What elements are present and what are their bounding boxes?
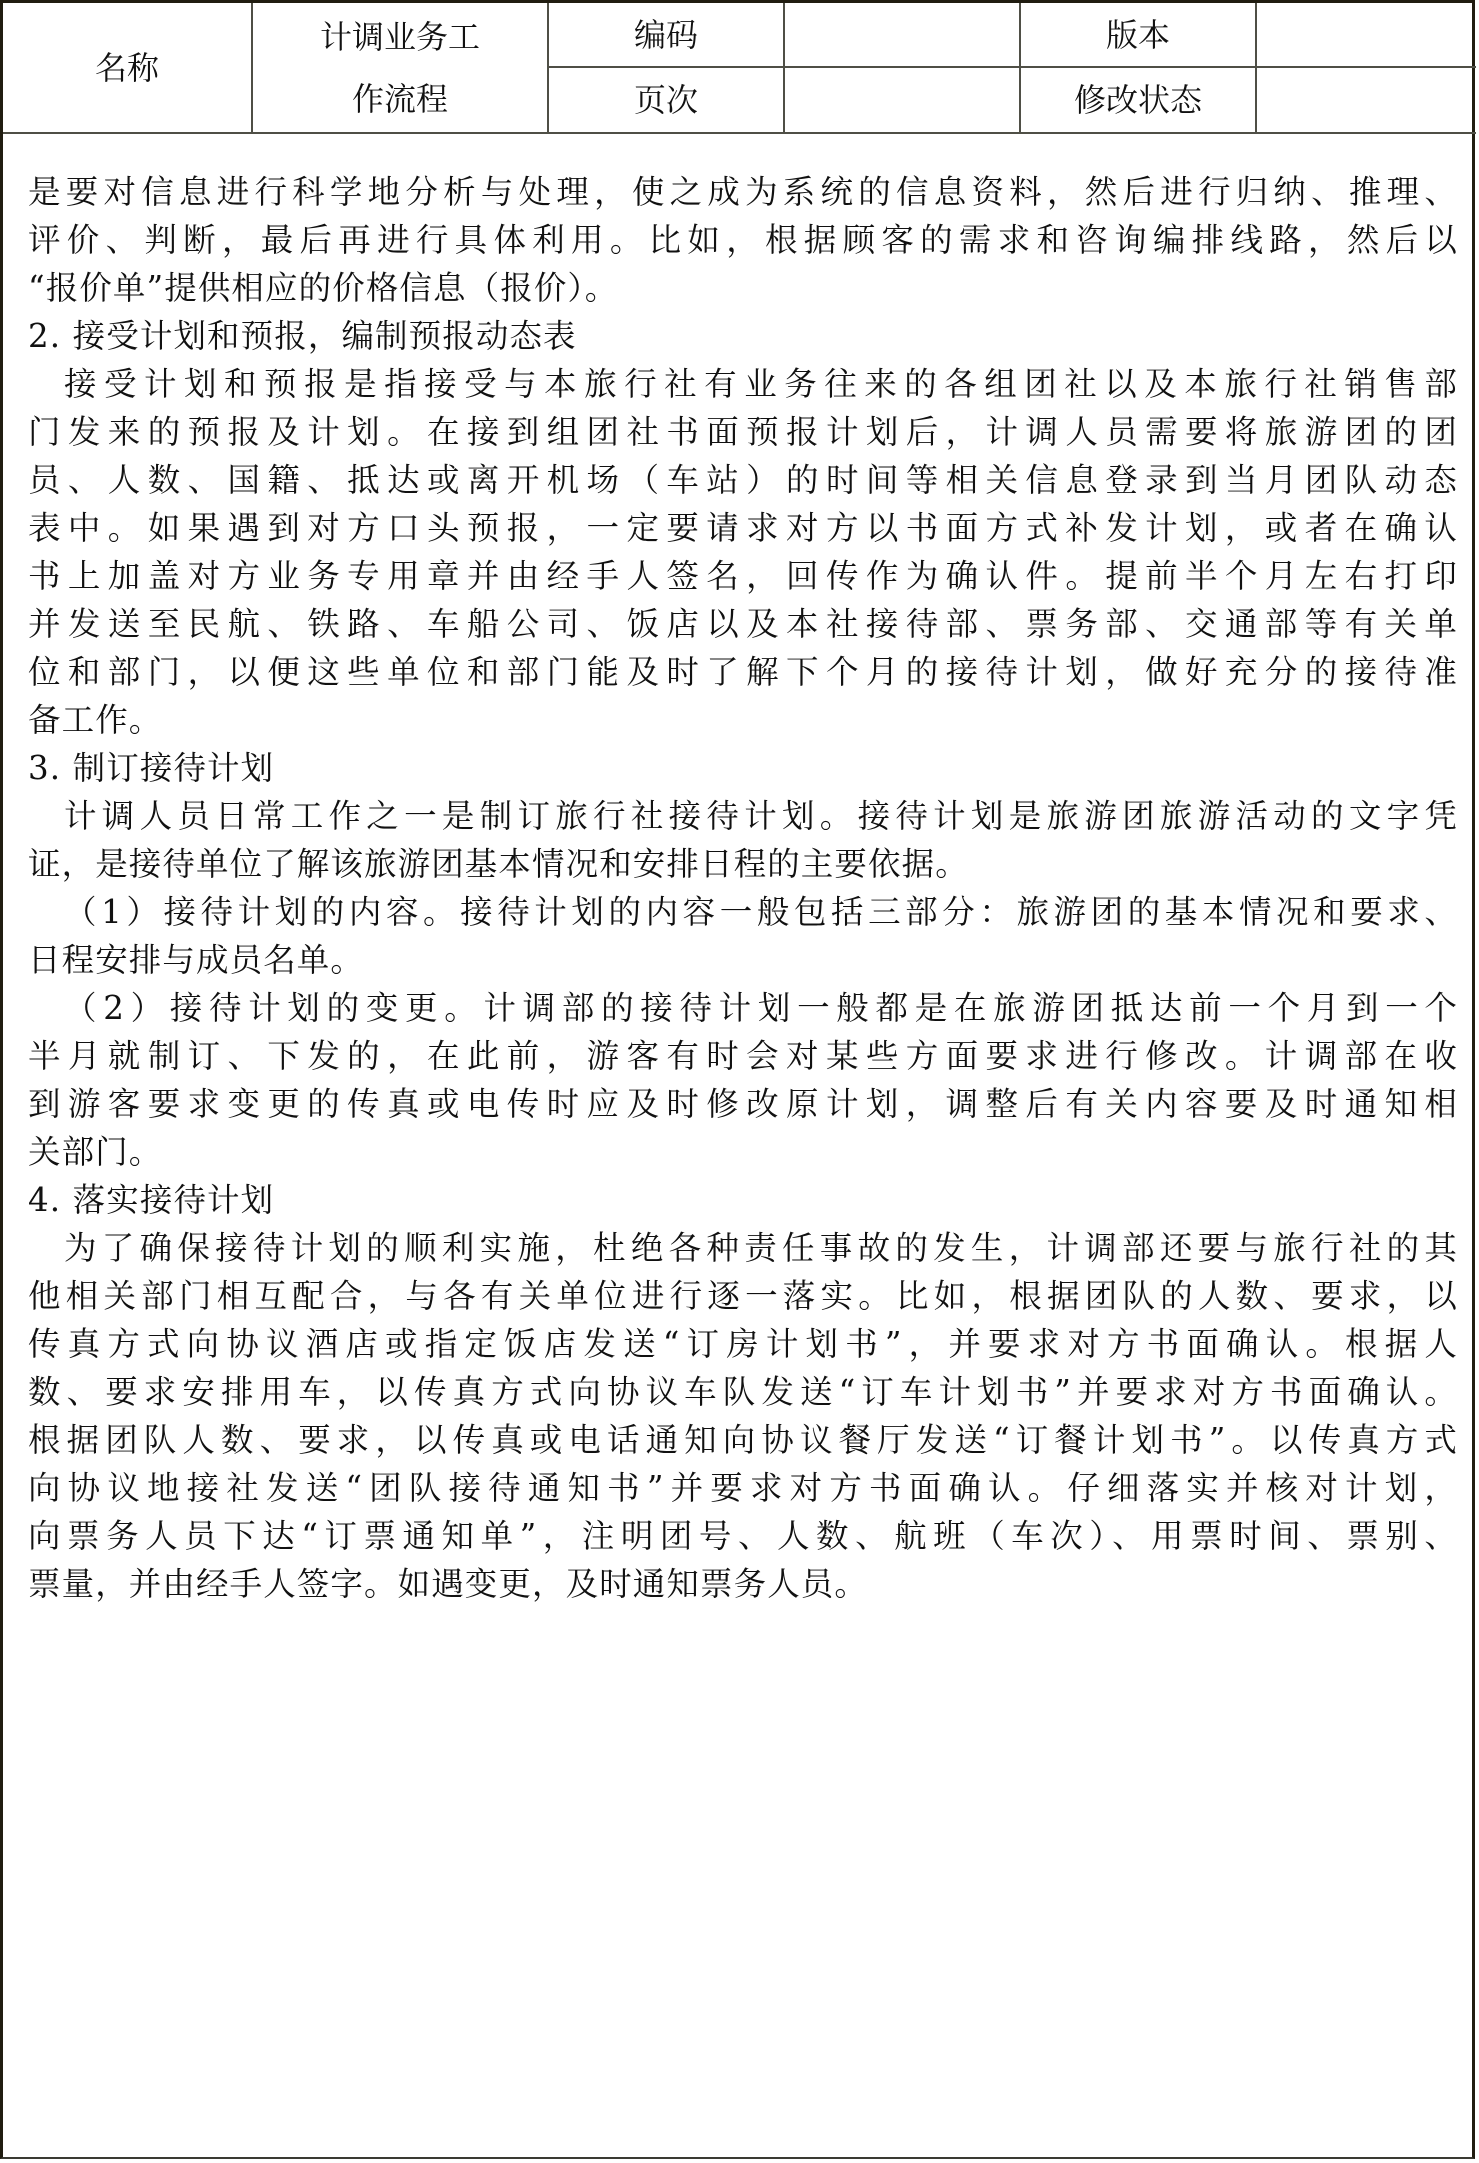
document-header-table: 名称 计调业务工 作流程 编码 版本 页次 修改状态 [3, 3, 1476, 134]
body-line: 向协议地接社发送“团队接待通知书”并要求对方书面确认。仔细落实并核对计划， [28, 1464, 1458, 1512]
section-heading-3: 3. 制订接待计划 [28, 744, 1458, 792]
version-value-cell [1256, 3, 1476, 67]
body-line: （1）接待计划的内容。接待计划的内容一般包括三部分：旅游团的基本情况和要求、 [28, 888, 1458, 936]
body-line: 备工作。 [28, 696, 1458, 744]
body-line: 他相关部门相互配合，与各有关单位进行逐一落实。比如，根据团队的人数、要求，以 [28, 1272, 1458, 1320]
body-line: 表中。如果遇到对方口头预报，一定要请求对方以书面方式补发计划，或者在确认 [28, 504, 1458, 552]
section-heading-2: 2. 接受计划和预报，编制预报动态表 [28, 312, 1458, 360]
page-label: 页次 [634, 81, 698, 119]
body-line: 数、要求安排用车，以传真方式向协议车队发送“订车计划书”并要求对方书面确认。 [28, 1368, 1458, 1416]
body-line: 员、人数、国籍、抵达或离开机场（车站）的时间等相关信息登录到当月团队动态 [28, 456, 1458, 504]
body-line: 位和部门，以便这些单位和部门能及时了解下个月的接待计划，做好充分的接待准 [28, 648, 1458, 696]
version-label-cell: 版本 [1020, 3, 1256, 67]
revision-label-cell: 修改状态 [1020, 67, 1256, 133]
body-line: 传真方式向协议酒店或指定饭店发送“订房计划书”，并要求对方书面确认。根据人 [28, 1320, 1458, 1368]
body-line: 票量，并由经手人签字。如遇变更，及时通知票务人员。 [28, 1560, 1458, 1608]
page-label-cell: 页次 [548, 67, 784, 133]
body-line: 书上加盖对方业务专用章并由经手人签名，回传作为确认件。提前半个月左右打印 [28, 552, 1458, 600]
document-page: 名称 计调业务工 作流程 编码 版本 页次 修改状态 [0, 0, 1475, 2159]
body-line: 并发送至民航、铁路、车船公司、饭店以及本社接待部、票务部、交通部等有关单 [28, 600, 1458, 648]
body-line: 到游客要求变更的传真或电传时应及时修改原计划，调整后有关内容要及时通知相 [28, 1080, 1458, 1128]
body-line: 日程安排与成员名单。 [28, 936, 1458, 984]
body-line: 评价、判断，最后再进行具体利用。比如，根据顾客的需求和咨询编排线路，然后以 [28, 216, 1458, 264]
document-body: 是要对信息进行科学地分析与处理，使之成为系统的信息资料，然后进行归纳、推理、 评… [28, 168, 1458, 1608]
body-line: 半月就制订、下发的，在此前，游客有时会对某些方面要求进行修改。计调部在收 [28, 1032, 1458, 1080]
body-line: 计调人员日常工作之一是制订旅行社接待计划。接待计划是旅游团旅游活动的文字凭 [28, 792, 1458, 840]
body-line: 关部门。 [28, 1128, 1458, 1176]
code-label: 编码 [634, 16, 698, 54]
page-value-cell [784, 67, 1020, 133]
name-value-cell: 计调业务工 作流程 [252, 3, 548, 133]
body-line: 门发来的预报及计划。在接到组团社书面预报计划后，计调人员需要将旅游团的团 [28, 408, 1458, 456]
name-value-line2: 作流程 [253, 68, 547, 130]
body-line: 向票务人员下达“订票通知单”，注明团号、人数、航班（车次）、用票时间、票别、 [28, 1512, 1458, 1560]
body-line: 根据团队人数、要求，以传真或电话通知向协议餐厅发送“订餐计划书”。以传真方式 [28, 1416, 1458, 1464]
name-value-line1: 计调业务工 [253, 6, 547, 68]
body-line: 是要对信息进行科学地分析与处理，使之成为系统的信息资料，然后进行归纳、推理、 [28, 168, 1458, 216]
section-heading-4: 4. 落实接待计划 [28, 1176, 1458, 1224]
code-label-cell: 编码 [548, 3, 784, 67]
code-value-cell [784, 3, 1020, 67]
revision-label: 修改状态 [1074, 81, 1202, 119]
body-line: 接受计划和预报是指接受与本旅行社有业务往来的各组团社以及本旅行社销售部 [28, 360, 1458, 408]
body-line: “报价单”提供相应的价格信息（报价）。 [28, 264, 1458, 312]
name-label: 名称 [95, 49, 159, 87]
body-line: 证，是接待单位了解该旅游团基本情况和安排日程的主要依据。 [28, 840, 1458, 888]
body-line: 为了确保接待计划的顺利实施，杜绝各种责任事故的发生，计调部还要与旅行社的其 [28, 1224, 1458, 1272]
body-line: （2）接待计划的变更。计调部的接待计划一般都是在旅游团抵达前一个月到一个 [28, 984, 1458, 1032]
revision-value-cell [1256, 67, 1476, 133]
name-label-cell: 名称 [3, 3, 252, 133]
version-label: 版本 [1106, 16, 1170, 54]
